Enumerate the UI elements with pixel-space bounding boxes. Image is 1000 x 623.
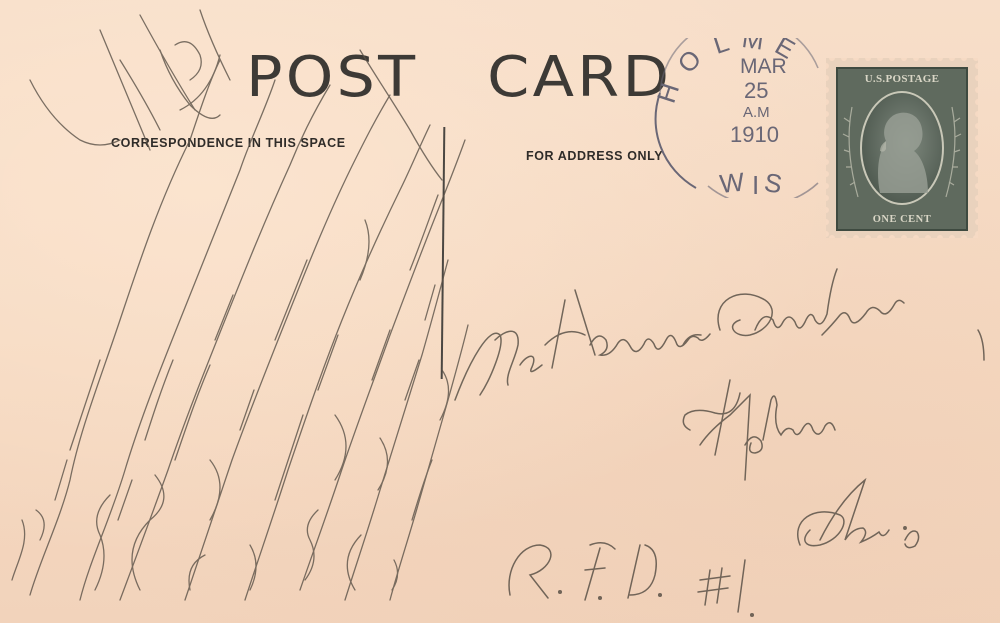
stamp-bottom-text: ONE CENT: [838, 214, 966, 225]
svg-text:M: M: [740, 38, 766, 56]
svg-text:L: L: [709, 38, 732, 60]
svg-text:H: H: [651, 79, 685, 106]
postmark-period: A.M: [743, 105, 770, 120]
laurel-wreath-icon: [836, 67, 968, 231]
postcard-back: POST CARD CORRESPONDENCE IN THIS SPACE F…: [0, 0, 1000, 623]
heading-card: CARD: [487, 45, 672, 110]
postmark-month: MAR: [740, 56, 787, 77]
address-label: FOR ADDRESS ONLY: [526, 149, 663, 163]
svg-text:I: I: [752, 170, 759, 198]
postcard-heading: POST CARD: [246, 50, 672, 106]
stamp-design: U.S.POSTAGE ONE CENT: [836, 67, 968, 231]
postmark-day: 25: [744, 80, 768, 102]
postmark: H O L M E W I S HOLMEN WIS MAR 25 A.M 19…: [648, 38, 838, 198]
svg-text:S: S: [762, 167, 784, 198]
svg-text:W: W: [718, 167, 746, 198]
heading-post: POST: [246, 45, 418, 110]
postmark-year: 1910: [730, 124, 779, 146]
correspondence-label: CORRESPONDENCE IN THIS SPACE: [111, 136, 346, 150]
postage-stamp: U.S.POSTAGE ONE CENT: [826, 58, 978, 238]
center-divider: [441, 127, 445, 379]
